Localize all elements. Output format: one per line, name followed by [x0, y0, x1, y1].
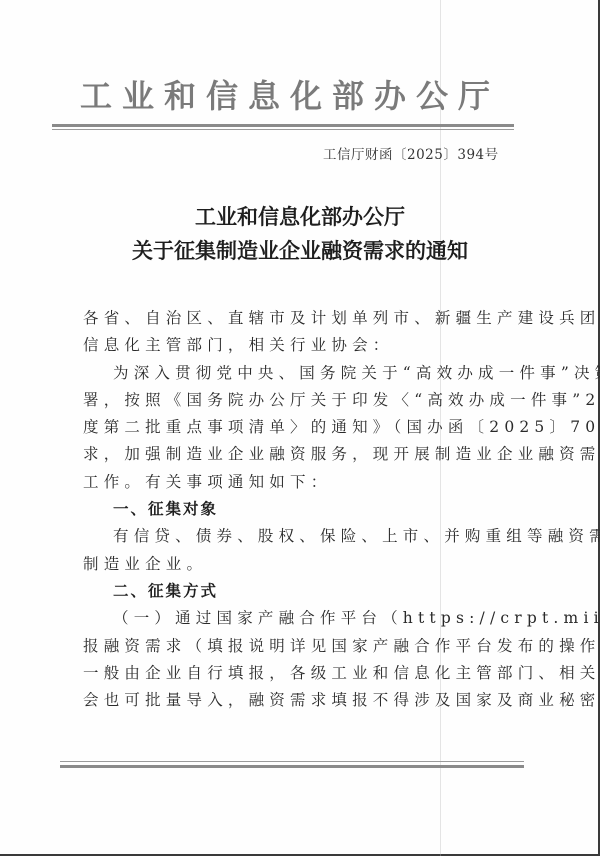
section-heading-methods: 二、征集方式: [83, 578, 513, 605]
salutation-line: 信息化主管部门，相关行业协会：: [83, 332, 513, 359]
letterhead-org-name: 工业和信息化部办公厅: [80, 76, 480, 116]
intro-line: 为深入贯彻党中央、国务院关于“高效办成一件事”决策部: [83, 360, 513, 387]
document-title-line-2: 关于征集制造业企业融资需求的通知: [0, 235, 600, 265]
intro-line: 度第二批重点事项清单〉的通知》（国办函〔2025〕70号）要: [83, 414, 513, 441]
footer-rule-thick: [60, 765, 524, 768]
document-number: 工信厅财函〔2025〕394号: [323, 143, 503, 163]
section-line: 有信贷、债券、股权、保险、上市、并购重组等融资需求的: [83, 523, 513, 550]
letterhead-rule-thin: [52, 129, 514, 130]
letterhead-rule-thick: [52, 124, 514, 127]
section-line: 会也可批量导入，融资需求填报不得涉及国家及商业秘密。: [83, 687, 513, 714]
section-line: 一般由企业自行填报，各级工业和信息化主管部门、相关行业协: [83, 660, 513, 687]
document-body: 各省、自治区、直辖市及计划单列市、新疆生产建设兵团工业和 信息化主管部门，相关行…: [83, 305, 513, 714]
footer-rule-thin: [60, 761, 524, 762]
section-heading-targets: 一、征集对象: [83, 496, 513, 523]
intro-line: 工作。有关事项通知如下：: [83, 469, 513, 496]
section-line: 制造业企业。: [83, 551, 513, 578]
document-title-line-1: 工业和信息化部办公厅: [0, 201, 600, 231]
section-line: （一）通过国家产融合作平台（https://crpt.miit.gov.cn/）…: [83, 605, 513, 632]
intro-line: 署，按照《国务院办公厅关于印发〈“高效办成一件事”2025年: [83, 387, 513, 414]
section-line: 报融资需求（填报说明详见国家产融合作平台发布的操作手册）。: [83, 633, 513, 660]
intro-line: 求，加强制造业企业融资服务，现开展制造业企业融资需求征集: [83, 441, 513, 468]
salutation-line: 各省、自治区、直辖市及计划单列市、新疆生产建设兵团工业和: [83, 305, 513, 332]
